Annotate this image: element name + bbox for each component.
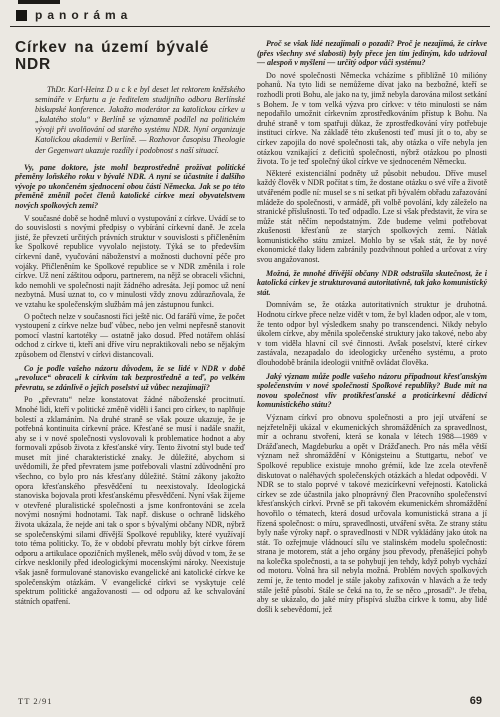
right-column: Proč se však lidé nezajímali o pozadí? P… (257, 33, 487, 616)
question-paragraph: Možná, že mnohé dřívější občany NDR odst… (257, 269, 487, 298)
article-body: Církev na území bývalé NDR ThDr. Karl-He… (0, 27, 500, 616)
question-paragraph: Jaký význam může podle vašeho názoru při… (257, 372, 487, 410)
answer-paragraph: Po „převratu“ nelze konstatovat žádné ná… (15, 395, 245, 606)
question-paragraph: Vy, pane doktore, jste mohl bezprostředn… (15, 163, 245, 211)
magazine-page: panoráma Církev na území bývalé NDR ThDr… (0, 0, 500, 717)
answer-paragraph: Do nové společnosti Německa vcházíme s p… (257, 71, 487, 167)
section-marker-icon (16, 10, 27, 21)
page-footer: TT 2/91 69 (0, 695, 500, 707)
left-column: Církev na území bývalé NDR ThDr. Karl-He… (15, 33, 245, 608)
section-label: panoráma (35, 9, 132, 21)
answer-paragraph: Některé existenciální podněty už působit… (257, 169, 487, 265)
right-column-text: Proč se však lidé nezajímali o pozadí? P… (257, 39, 487, 614)
answer-paragraph: V současné době se hodně mluví o vystupo… (15, 214, 245, 310)
answer-paragraph: Význam církví pro obnovu společnosti a p… (257, 413, 487, 614)
left-column-text: ThDr. Karl-Heinz D u c k e byl deset let… (15, 85, 245, 606)
bio-paragraph: ThDr. Karl-Heinz D u c k e byl deset let… (35, 85, 245, 156)
article-title: Církev na území bývalé NDR (15, 39, 245, 73)
answer-paragraph: O počtech nelze v současnosti říci ještě… (15, 312, 245, 360)
question-paragraph: Proč se však lidé nezajímali o pozadí? P… (257, 39, 487, 68)
question-paragraph: Co je podle vašeho názoru důvodem, že se… (15, 364, 245, 393)
page-number: 69 (470, 695, 482, 707)
answer-paragraph: Domnívám se, že otázka autoritativních s… (257, 300, 487, 367)
page-edge-mark (18, 0, 60, 4)
section-header: panoráma (0, 0, 500, 21)
journal-issue: TT 2/91 (18, 696, 52, 706)
